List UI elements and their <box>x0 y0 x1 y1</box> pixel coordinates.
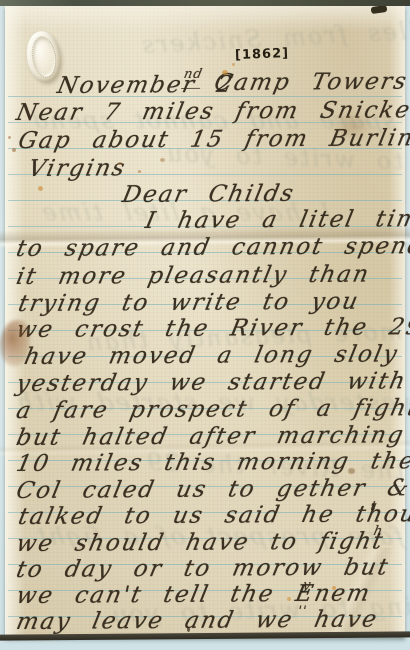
letter-line-camp: Camp Towers <box>212 69 410 96</box>
rust-speck <box>118 162 122 165</box>
letter-line-date: November 2 <box>55 72 236 99</box>
letter-line: Col caled us to gether & <box>14 475 410 504</box>
orange-speck <box>232 63 235 66</box>
letter-line: it more pleasantly than <box>14 262 373 290</box>
letter-line: Gap about 15 from Burlin <box>16 125 410 154</box>
year-annotation: [1862] <box>235 46 290 63</box>
letter-line: talked to us said he though <box>16 501 410 530</box>
orange-speck <box>287 597 291 601</box>
letter-line: Virgins <box>26 155 129 182</box>
ink-speck <box>187 627 190 632</box>
rust-speck <box>12 148 16 152</box>
rust-speck <box>160 158 165 162</box>
letter-line: but halted after marching <box>14 422 407 451</box>
letter-scan: Near 7 miles from Snickers to spare and … <box>0 0 410 650</box>
letter-line: have moved a long sloly <box>22 341 401 370</box>
letter-line: we can't tell the Enem <box>14 581 374 609</box>
letter-line: Near 7 miles from Snickers <box>14 97 410 126</box>
orange-speck <box>38 186 43 191</box>
rust-speck <box>138 170 141 173</box>
letter-line: we crost the River the 29 <box>14 314 410 343</box>
orange-speck <box>332 586 336 590</box>
embossed-seal-inner-ring <box>29 34 59 79</box>
letter-salutation: Dear Childs <box>120 181 297 208</box>
letter-line: a fare prospect of a fight <box>14 395 410 424</box>
letter-line: may leave and we have <box>14 606 381 635</box>
letter-line: we should have to fight <box>14 528 387 557</box>
scan-top-edge <box>0 0 410 6</box>
brown-speck <box>348 468 355 474</box>
letter-line: to spare and cannot spend <box>14 233 410 262</box>
letter-line: yesterday we started with <box>14 368 409 397</box>
letter-line: I have a litel time <box>143 206 410 234</box>
rust-speck <box>8 136 11 139</box>
orange-speck <box>222 70 228 75</box>
letter-line: to day or to morow but <box>14 554 392 583</box>
letter-line: trying to write to you <box>16 289 362 317</box>
